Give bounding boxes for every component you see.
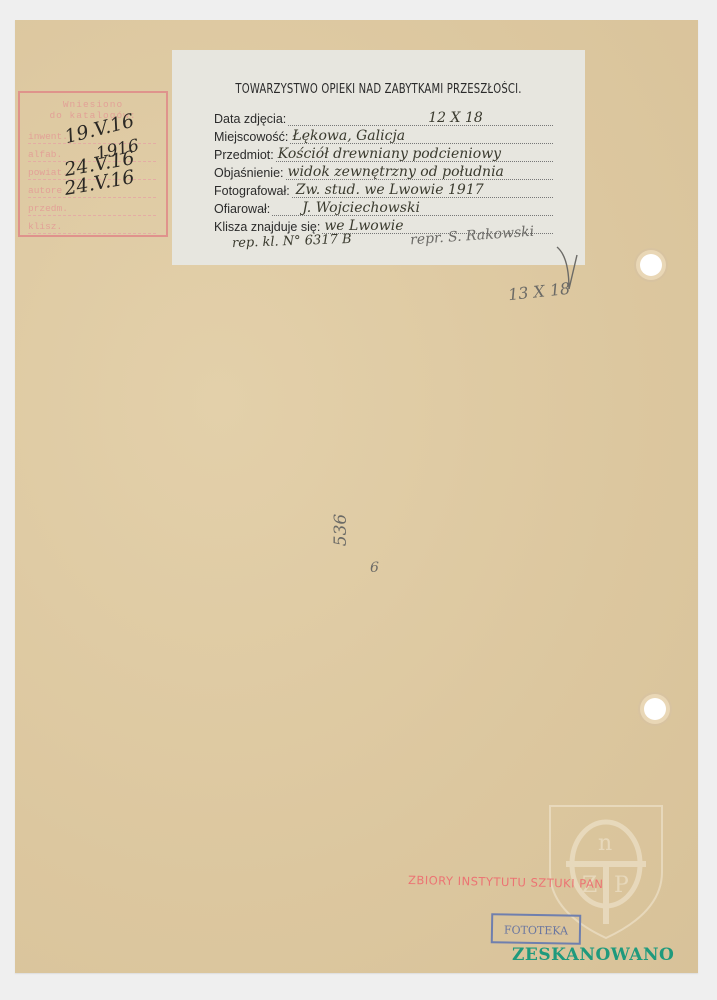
field-value: 12 X 18 [428,110,483,126]
pencil-arrow-mark [555,245,580,295]
field-row-date: Data zdjęcia: 12 X 18 [214,108,553,126]
stamp-row: klisz. [28,219,156,234]
punch-hole [644,698,666,720]
label-title: TOWARZYSTWO OPIEKI NAD ZABYTKAMI PRZESZŁ… [201,82,556,97]
fototeka-stamp: FOTOTEKA [491,913,582,945]
stamp-heading-1: Wniesiono [20,99,166,110]
center-number-note: 536 [331,514,351,546]
field-value: J. Wojciechowski [302,200,420,216]
field-row-subject: Przedmiot: Kościół drewniany podcieniowy [214,144,553,162]
field-row-donor: Ofiarował: J. Wojciechowski [214,198,553,216]
field-value: Łękowa, Galicja [292,128,405,144]
stamp-row: przedm. [28,201,156,216]
center-digit-note: 6 [370,560,379,576]
field-row-description: Objaśnienie: widok zewnętrzny od południ… [214,162,553,180]
field-row-location: Miejscowość: Łękowa, Galicja [214,126,553,144]
scanned-stamp: ZESKANOWANO [512,945,674,965]
field-row-photographer: Fotografował: Zw. stud. we Lwowie 1917 [214,180,553,198]
punch-hole [640,254,662,276]
field-value: Kościół drewniany podcieniowy [278,146,501,162]
info-label: TOWARZYSTWO OPIEKI NAD ZABYTKAMI PRZESZŁ… [172,50,585,265]
field-value: widok zewnętrzny od południa [288,164,504,180]
svg-text:n: n [598,831,612,856]
repro-number-note: rep. kl. N° 6317 B [232,232,352,251]
svg-text:P: P [614,873,629,898]
field-value: Zw. stud. we Lwowie 1917 [296,182,484,198]
